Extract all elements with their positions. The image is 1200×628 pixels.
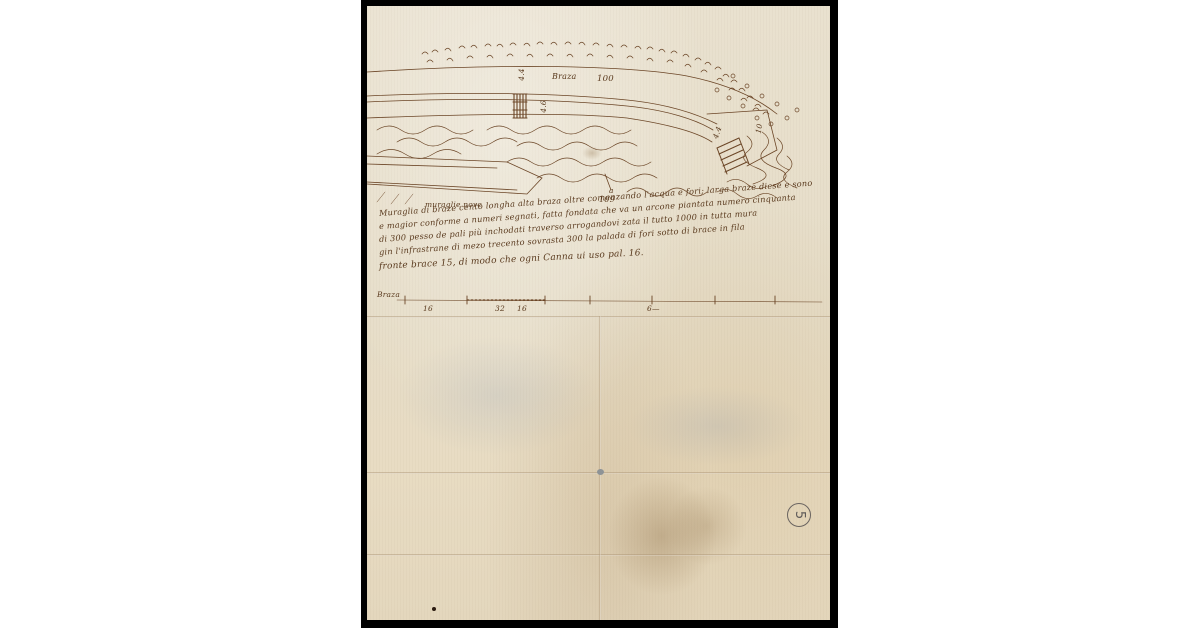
stones xyxy=(422,42,799,126)
jetty xyxy=(367,156,542,204)
manuscript-sheet: 4.4 4.6 Braza 100 10 4.4 muraglie nove a… xyxy=(367,6,830,620)
map-label-height: 4.6 xyxy=(539,100,548,113)
map-label-length: 100 xyxy=(597,74,614,84)
scale-unit-label: Braza xyxy=(377,290,400,299)
scale-bar xyxy=(397,296,822,304)
map-label-end-top: 10 xyxy=(754,123,765,134)
map-label-width: 4.4 xyxy=(517,68,526,81)
scale-label: 16 xyxy=(517,304,527,313)
map-drawing xyxy=(367,6,830,620)
scale-label: 6— xyxy=(647,304,660,313)
folio-number: 5 xyxy=(787,503,811,527)
scale-label: 32 xyxy=(495,304,505,313)
map-label-braza: Braza xyxy=(552,72,576,81)
scale-label: 16 xyxy=(423,304,433,313)
